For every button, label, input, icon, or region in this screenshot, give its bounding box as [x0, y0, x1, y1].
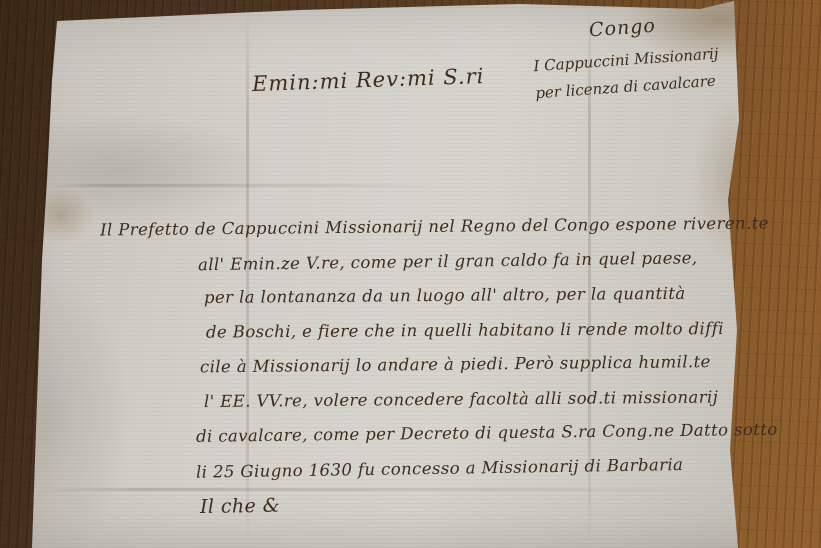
manuscript-line: per la lontananza da un luogo all' altro…	[100, 276, 760, 316]
manuscript-line: de Boschi, e fiere che in quelli habitan…	[100, 311, 760, 350]
manuscript-line: cile à Missionarij lo andare à piedi. Pe…	[100, 345, 760, 386]
petition-body: Il Prefetto de Cappuccini Missionarij ne…	[100, 210, 760, 521]
docket-line: I Cappuccini Missionarij	[533, 43, 744, 76]
docket-note: Congo I Cappuccini Missionarij per licen…	[531, 9, 746, 102]
manuscript-photo: Congo I Cappuccini Missionarij per licen…	[0, 0, 821, 548]
